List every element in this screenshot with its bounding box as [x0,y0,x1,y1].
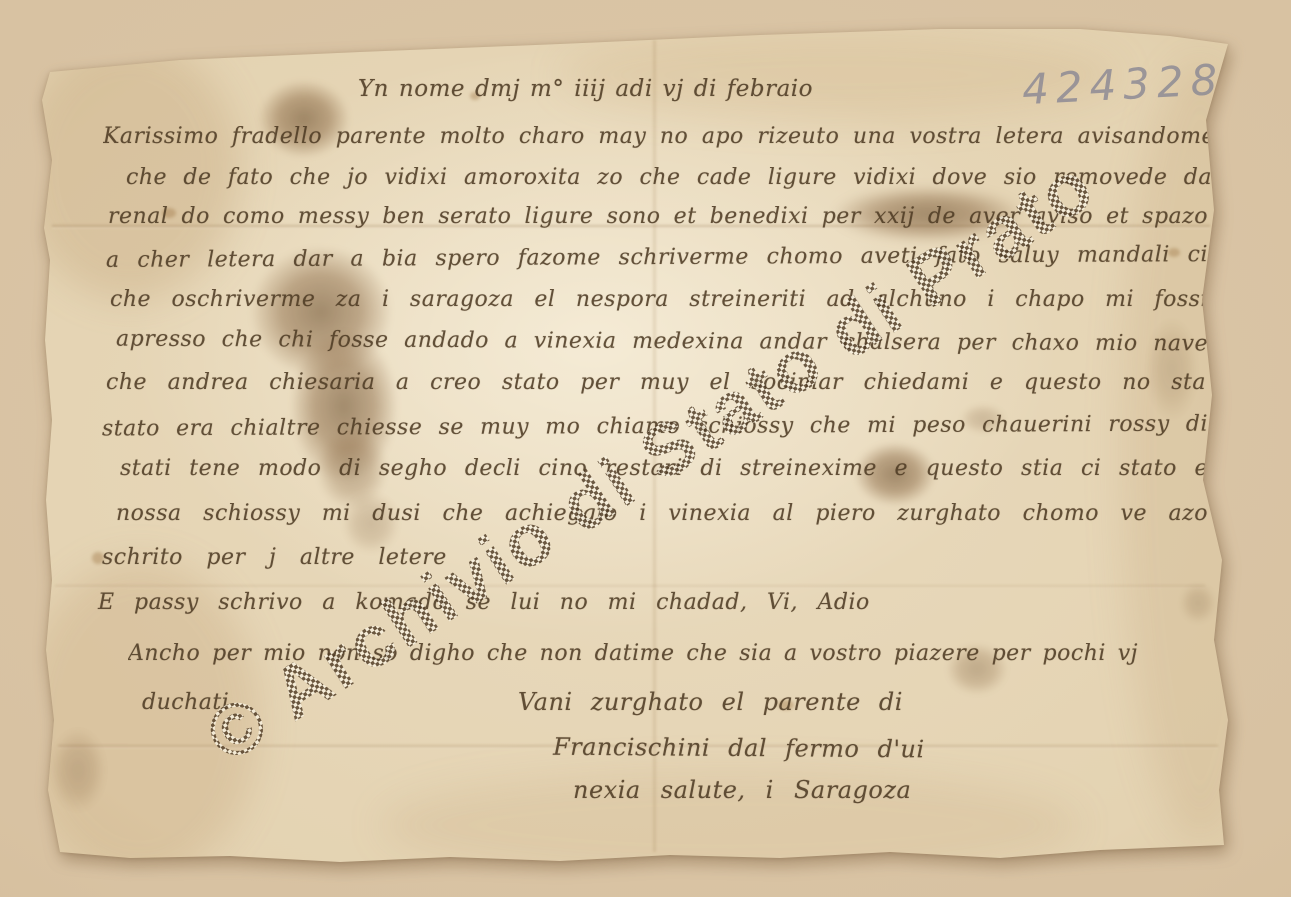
foxing-spot [50,728,106,812]
manuscript-line: schrito per j altre letere [102,547,447,569]
signature-line: nexia salute, i Saragoza [573,778,911,802]
manuscript-line: stati tene modo di segho decli cino rest… [120,458,1208,488]
manuscript-line: stato era chialtre chiesse se muy mo chi… [102,414,1208,449]
manuscript-line: Karissimo fradello parente molto charo m… [103,126,1215,156]
archival-number: 424328 [1021,55,1226,115]
manuscript-line: a cher letera dar a bia spero fazome sch… [106,244,1208,280]
scanned-letter-view: Yn nome dmj m° iiij adi vj di febraio Ka… [0,0,1291,897]
signature-line: Vani zurghato el parente di [518,690,903,714]
foxing-spot [1180,583,1216,623]
manuscript-line: apresso che chi fosse andado a vinexia m… [116,329,1208,364]
letter-paper: Yn nome dmj m° iiij adi vj di febraio Ka… [0,0,1291,897]
manuscript-line: nossa schiossy mi dusi che achieggio i v… [116,503,1208,533]
manuscript-line: che de fato che jo vidixi amoroxita zo c… [126,167,1212,197]
manuscript-line: E passy schrivo a komado se lui no mi ch… [98,592,870,614]
fold-crease [55,584,1205,589]
manuscript-heading-line: Yn nome dmj m° iiij adi vj di febraio [358,78,813,108]
manuscript-line: che oschriverme za i saragoza el nespora… [110,289,1208,319]
manuscript-line: che andrea chiesaria a creo stato per mu… [106,372,1206,402]
manuscript-line: renal do como messy ben serato ligure so… [108,206,1208,236]
manuscript-line: Ancho per mio non so digho che non datim… [128,643,1138,673]
manuscript-line: duchati [142,692,229,714]
signature-line: Francischini dal fermo d'ui [553,735,925,762]
letter-paper-shadow: Yn nome dmj m° iiij adi vj di febraio Ka… [0,0,1291,897]
